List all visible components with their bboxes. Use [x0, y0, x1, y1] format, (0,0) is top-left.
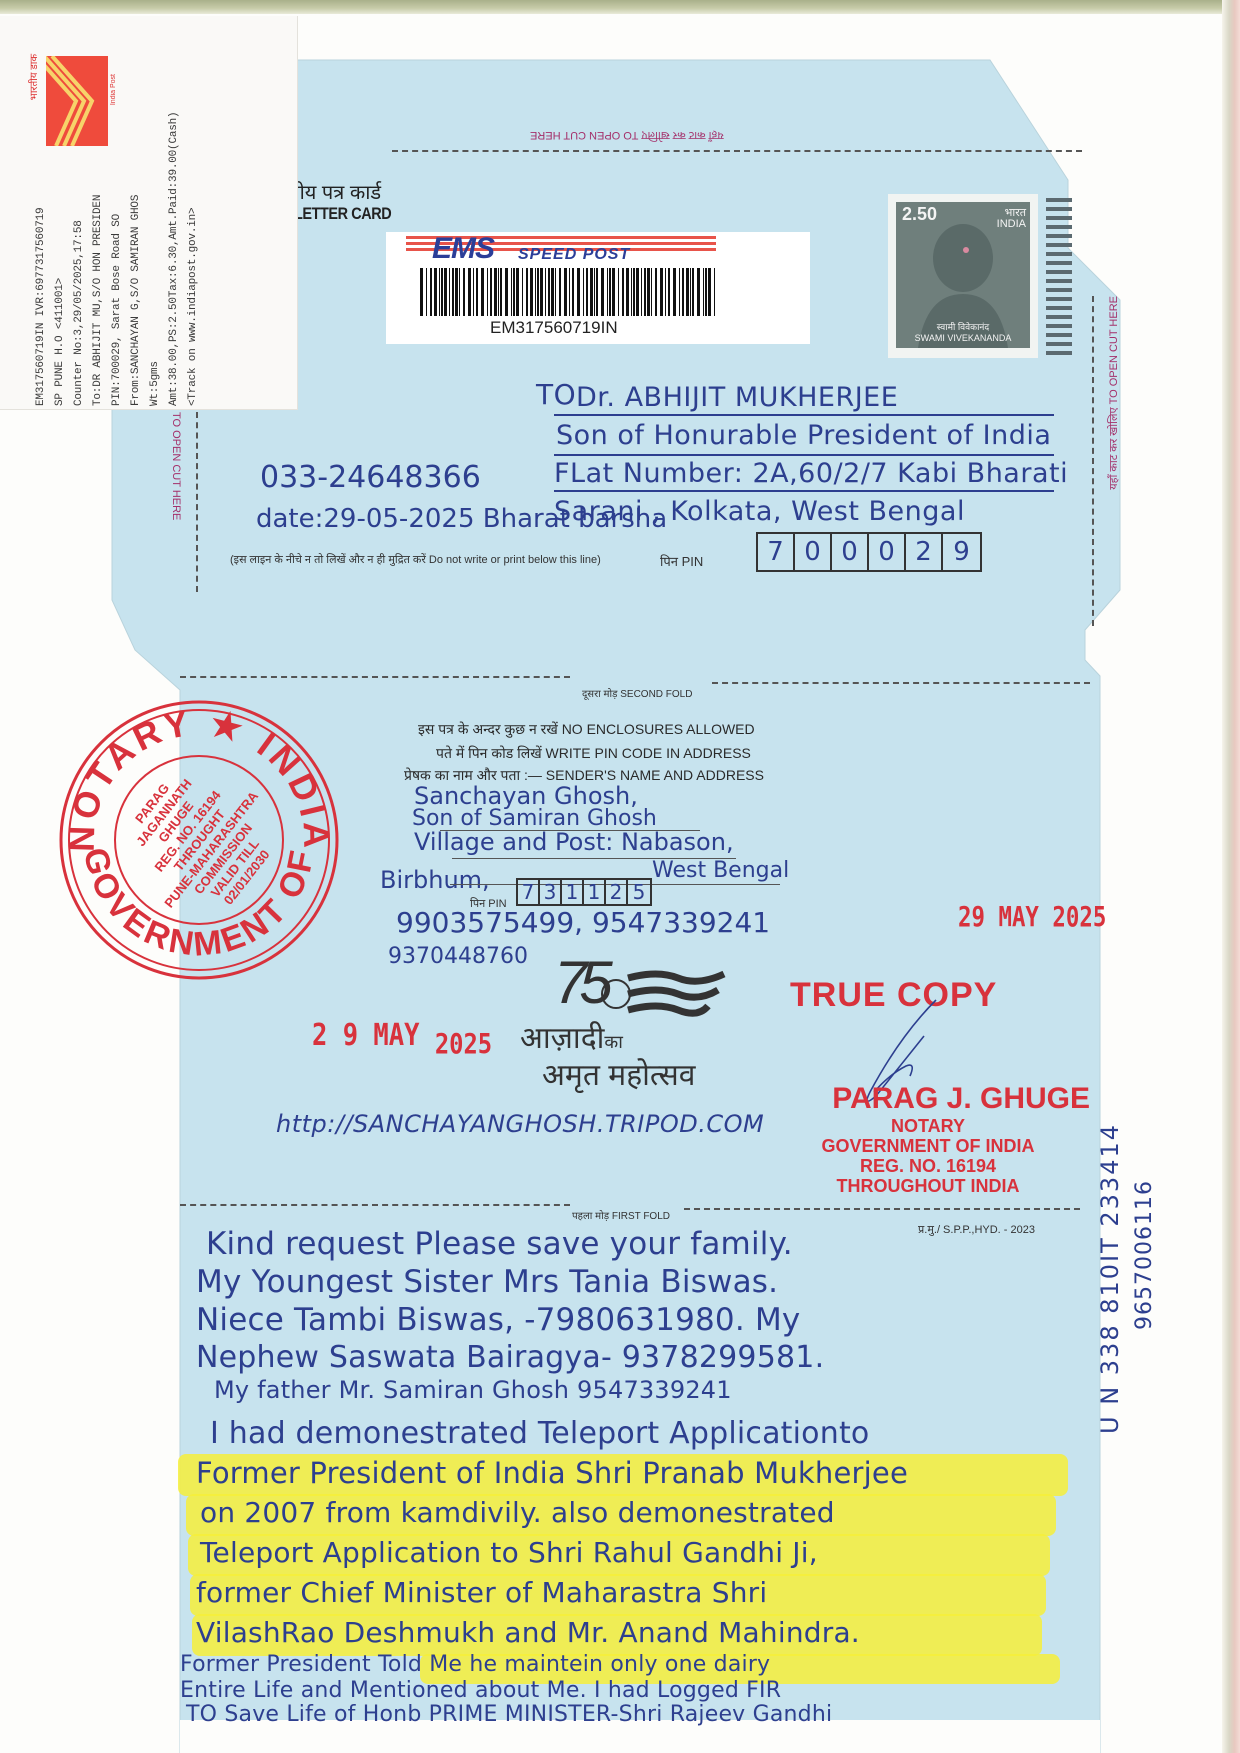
message-line: Former President Told Me he maintein onl… [180, 1652, 770, 1677]
to-prefix: TO [536, 378, 576, 411]
recipient-name: Dr. ABHIJIT MUKHERJEE [576, 382, 898, 413]
receipt-line: Amt:38.00,PS:2.50Tax:6.30,Amt.Paid:39.00… [167, 166, 181, 406]
tracking-number: EM317560719IN [386, 318, 810, 338]
recipient-line-3: FLat Number: 2A,60/2/7 Kabi Bharati [554, 458, 1068, 489]
print-code: प्र.मु./ S.P.P.,HYD. - 2023 [918, 1222, 1035, 1237]
pin-digit: 0 [869, 534, 906, 570]
ems-speed-post-label: EMS SPEED POST EM317560719IN [386, 232, 810, 344]
india-post-english: India Post [110, 74, 117, 105]
pin-digit: 7 [518, 880, 540, 904]
pin-digit: 5 [628, 880, 650, 904]
india-post-hindi: भारतीय डाक [28, 54, 42, 100]
second-fold-line [712, 682, 1090, 684]
message-line: I had demonestrated Teleport Application… [210, 1416, 869, 1451]
pin-digit: 9 [943, 534, 980, 570]
date-day: 2 9 [312, 1018, 358, 1053]
amrit-line-1: आज़ादी [520, 1022, 604, 1055]
pin-digit: 0 [795, 534, 832, 570]
second-fold-label: दूसरा मोड़ SECOND FOLD [582, 686, 692, 700]
pin-digit: 2 [606, 880, 628, 904]
message-line: Nephew Saswata Bairagya- 9378299581. [196, 1340, 824, 1375]
address-line [554, 414, 1054, 416]
india-post-logo [46, 56, 108, 146]
recipient-phone: 033-24648366 [260, 460, 481, 495]
recipient-to: TO [536, 378, 576, 411]
message-line: Entire Life and Mentioned about Me. I ha… [180, 1678, 781, 1703]
pin-digit: 3 [540, 880, 562, 904]
postal-receipt: भारतीय डाक India Post EM317560719IN IVR:… [0, 16, 298, 410]
first-fold-line [684, 1208, 1080, 1210]
cut-line-right [1092, 296, 1094, 626]
margin-note-1: U N 338 810IT 233414 [1096, 1104, 1124, 1434]
notary-stamp: PARAG J. GHUGE NOTARY GOVERNMENT OF INDI… [760, 1082, 1096, 1196]
sender-pin-box: 7 3 1 1 2 5 [516, 878, 652, 906]
notary-government: GOVERNMENT OF INDIA [760, 1136, 1096, 1156]
message-line: Former President of India Shri Pranab Mu… [196, 1456, 908, 1490]
first-fold-line [180, 1204, 570, 1206]
receipt-line: SP PUNE H.O <411001> [53, 166, 67, 406]
stamp-country-english: INDIA [997, 218, 1026, 230]
stamp-caption-english: SWAMI VIVEKANANDA [915, 333, 1012, 343]
notary-seal: NOTARY ★ INDIA GOVERNMENT OF PARAGJAGANN… [56, 697, 342, 983]
receipt-line: To:DR ABHIJIT MU,S/O HON PRESIDEN [91, 166, 105, 406]
message-line: Niece Tambi Biswas, -7980631980. My [196, 1302, 800, 1338]
recipient-line-2: Son of Honurable President of India [556, 420, 1051, 451]
cut-here-top-label: यहाँ काट कर खोलिए TO OPEN CUT HERE [530, 128, 724, 143]
pin-digit: 2 [906, 534, 943, 570]
india-post-logo-icon [46, 56, 108, 146]
pin-digit: 7 [758, 534, 795, 570]
message-line: TO Save Life of Honb PRIME MINISTER-Shri… [186, 1702, 832, 1727]
message-line: My Youngest Sister Mrs Tania Biswas. [196, 1264, 778, 1300]
speed-post-text: SPEED POST [518, 246, 630, 264]
letter-card-title-hindi: शीय पत्र कार्ड [286, 178, 381, 205]
no-enclosures-notice: इस पत्र के अन्दर कुछ न रखें NO ENCLOSURE… [418, 720, 755, 739]
amrit-ka: का [604, 1032, 623, 1052]
recipient-pin-box: 7 0 0 0 2 9 [756, 532, 982, 572]
date-stamp-left: 2 9 MAY 2025 [312, 1018, 492, 1053]
cut-here-right-label: यहाँ काट कर खोलिए TO OPEN CUT HERE [1106, 296, 1121, 490]
stamp-caption: स्वामी विवेकानंदSWAMI VIVEKANANDA [888, 322, 1038, 344]
receipt-line: EM317560719IN IVR:6977317560719 [34, 166, 48, 406]
address-line [554, 490, 1054, 492]
first-fold-label: पहला मोड़ FIRST FOLD [572, 1208, 670, 1222]
postal-bars [1046, 198, 1072, 358]
recipient-pin-label: पिन PIN [660, 552, 703, 570]
receipt-line: <Track on www.indiapost.gov.in> [186, 166, 200, 406]
cut-line-left [196, 412, 198, 592]
amrit-line-2: अमृत महोत्सव [520, 1059, 695, 1092]
receipt-line: Counter No:3,29/05/2025,17:58 [72, 166, 86, 406]
address-line [554, 454, 1054, 456]
cut-here-left-label: TO OPEN CUT HERE [170, 412, 182, 520]
message-line: on 2007 from kamdivily. also demonestrat… [200, 1496, 835, 1529]
sender-state: West Bengal [652, 858, 789, 883]
pin-digit: 1 [584, 880, 606, 904]
receipt-lines: EM317560719IN IVR:6977317560719SP PUNE H… [34, 166, 200, 406]
sender-website[interactable]: http://SANCHAYANGHOSH.TRIPOD.COM [276, 1110, 764, 1138]
notary-jurisdiction: THROUGHOUT INDIA [760, 1176, 1096, 1196]
azadi-ka-amrit-mahotsav: आज़ादीका अमृत महोत्सव [520, 1022, 695, 1093]
sender-phone-2: 9370448760 [388, 944, 528, 969]
message-line: former Chief Minister of Maharastra Shri [196, 1576, 767, 1609]
message-line: Teleport Application to Shri Rahul Gandh… [200, 1536, 818, 1569]
no-write-notice: (इस लाइन के नीचे न तो लिखें और न ही मुद्… [230, 552, 601, 567]
notary-title: NOTARY [760, 1116, 1096, 1136]
message-line: Kind request Please save your family. [206, 1226, 793, 1262]
stamp-value: 2.50 [902, 204, 937, 225]
stamp-country: भारतINDIA [997, 208, 1026, 230]
sender-line-3: Village and Post: Nabason, [414, 828, 734, 856]
scan-right-edge [1222, 0, 1240, 1753]
margin-note-2: 9657006116 [1132, 1180, 1157, 1330]
receipt-line: From:SANCHAYAN G,S/O SAMIRAN GHOS [129, 166, 143, 406]
date-stamp-right: 29 MAY 2025 [958, 900, 1106, 933]
sender-line-4: Birbhum, [380, 866, 490, 894]
sender-phones: 9903575499, 9547339241 [396, 906, 770, 939]
date-line: date:29-05-2025 Bharat barsha [256, 504, 667, 534]
flag-waves-icon [598, 966, 728, 1026]
date-year: 2025 [435, 1027, 492, 1060]
notary-name: PARAG J. GHUGE [760, 1082, 1096, 1116]
pin-digit: 1 [562, 880, 584, 904]
receipt-line: PIN:700029, Sarat Bose Road SO [110, 166, 124, 406]
tracking-barcode [420, 268, 718, 316]
write-pin-notice: पते में पिन कोड लिखें WRITE PIN CODE IN … [436, 744, 751, 763]
cut-line-top [392, 150, 1082, 152]
pin-digit: 0 [832, 534, 869, 570]
postage-stamp: 2.50 भारतINDIA स्वामी विवेकानंदSWAMI VIV… [888, 194, 1038, 358]
message-line: VilashRao Deshmukh and Mr. Anand Mahindr… [196, 1616, 860, 1649]
message-line: My father Mr. Samiran Ghosh 9547339241 [214, 1376, 732, 1404]
date-month: MAY [373, 1018, 419, 1053]
stamp-caption-hindi: स्वामी विवेकानंद [937, 322, 989, 332]
ems-logo: EMS [432, 232, 494, 266]
letter-card-title: LETTER CARD [294, 204, 391, 224]
second-fold-line [180, 676, 570, 678]
notary-reg-no: REG. NO. 16194 [760, 1156, 1096, 1176]
receipt-line: Wt:5gms [148, 166, 162, 406]
